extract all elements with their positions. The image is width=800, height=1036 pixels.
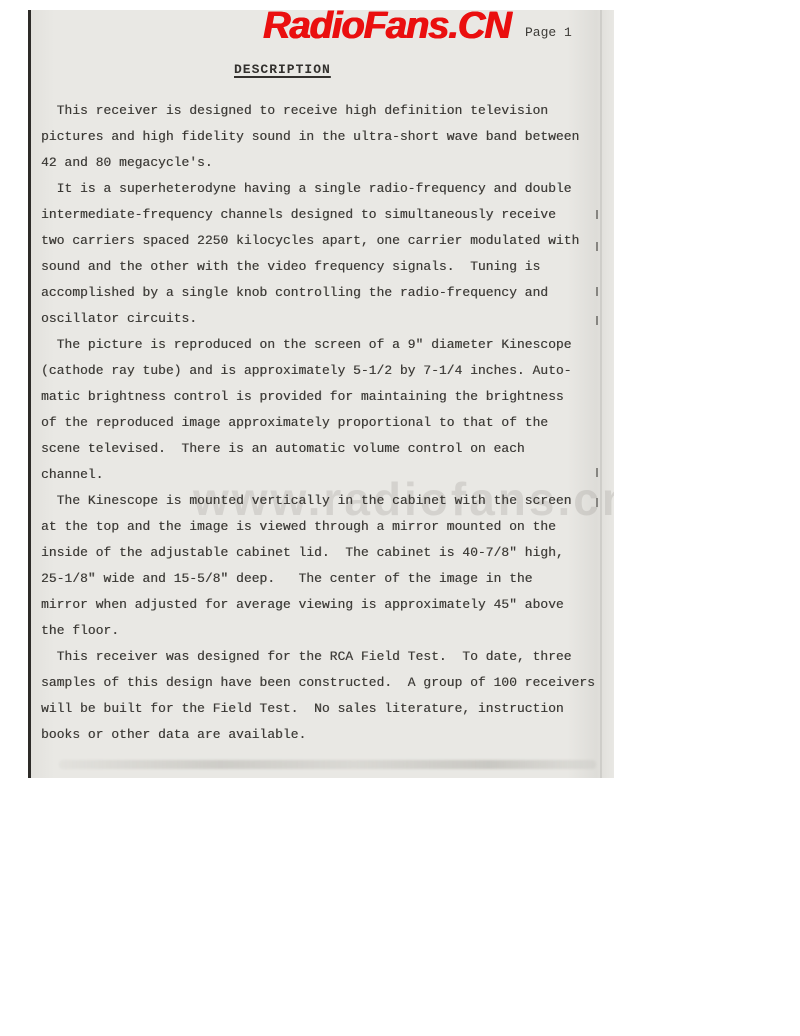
scanned-document-viewport: RadioFans.CN Page 1 DESCRIPTION www.radi…	[0, 0, 800, 1036]
page-number: Page 1	[525, 25, 572, 40]
scan-artifact	[596, 316, 598, 325]
paragraph-3: The picture is reproduced on the screen …	[41, 332, 611, 488]
scan-page: RadioFans.CN Page 1 DESCRIPTION www.radi…	[28, 10, 614, 778]
document-body: This receiver is designed to receive hig…	[41, 98, 611, 748]
scan-artifact	[596, 210, 598, 219]
scan-artifact	[596, 498, 598, 507]
scan-artifact	[596, 242, 598, 251]
paragraph-1: This receiver is designed to receive hig…	[41, 98, 611, 176]
paragraph-4: The Kinescope is mounted vertically in t…	[41, 488, 611, 644]
radiofans-logo: RadioFans.CN	[263, 10, 511, 48]
scan-edge-artifact	[600, 10, 602, 778]
paragraph-5: This receiver was designed for the RCA F…	[41, 644, 611, 748]
paragraph-2: It is a superheterodyne having a single …	[41, 176, 611, 332]
scan-artifact	[596, 287, 598, 296]
section-heading: DESCRIPTION	[234, 62, 331, 77]
scan-artifact	[596, 468, 598, 477]
scan-smudge-artifact	[59, 760, 596, 769]
